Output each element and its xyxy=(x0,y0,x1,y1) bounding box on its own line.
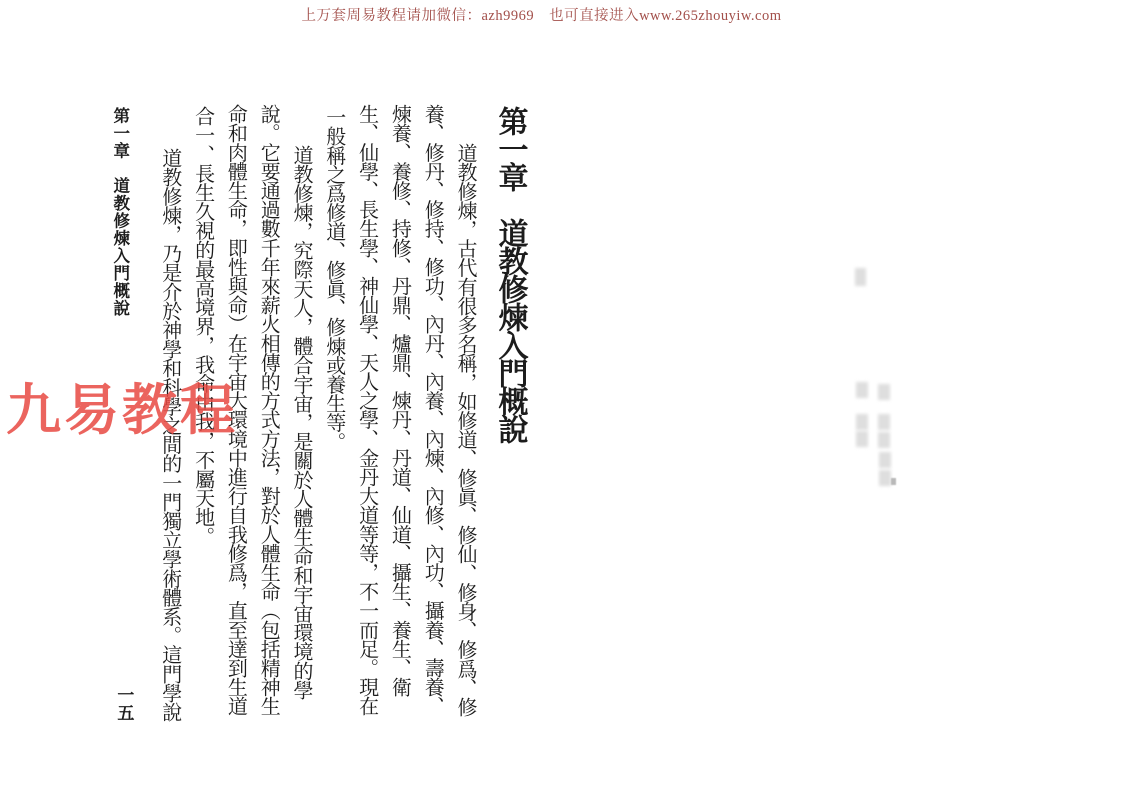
text-column-1: 道教修煉，古代有很多名稱，如修道、修眞、修仙、修身、修爲、修 xyxy=(452,143,477,716)
scanned-book-page: 上万套周易教程请加微信：azh9969 也可直接进入www.265zhouyiw… xyxy=(0,0,1123,792)
bleed-through-mark xyxy=(878,414,890,430)
bleed-through-mark xyxy=(879,470,891,486)
bleed-through-mark xyxy=(878,384,890,400)
bleed-through-mark xyxy=(856,414,868,430)
text-column-2: 養、修丹、修持、修功、內丹、內養、內煉、內修、內功、攝養、壽養、 xyxy=(419,104,444,715)
bleed-through-mark xyxy=(891,478,896,485)
bleed-through-mark xyxy=(856,431,868,447)
page-number: 一五 xyxy=(113,686,133,722)
text-column-6: 道教修煉，究際天人，體合宇宙，是關於人體生命和宇宙環境的學 xyxy=(288,145,313,699)
bleed-through-mark xyxy=(856,382,868,398)
bleed-through-mark xyxy=(878,432,890,448)
text-column-4: 生、仙學、長生學、神仙學、天人之學、金丹大道等等，不一而足。現在 xyxy=(354,104,379,715)
text-column-7: 說。它要通過數千年來薪火相傳的方式方法，對於人體生命（包括精神生 xyxy=(255,104,280,715)
text-column-9: 合一、長生久視的最高境界，我命由我，不屬天地。 xyxy=(190,106,215,545)
bleed-through-mark xyxy=(879,452,891,468)
bleed-through-mark xyxy=(855,268,866,286)
text-column-5: 一般稱之爲修道、修眞、修煉或養生等。 xyxy=(321,107,346,451)
watermark-text: 九易教程 xyxy=(6,366,238,445)
text-column-3: 煉養、養修、持修、丹鼎、爐鼎、煉丹、丹道、仙道、攝生、養生、衛 xyxy=(386,104,411,696)
chapter-title: 第一章 道教修煉入門概說 xyxy=(492,106,527,442)
margin-caption: 第一章 道教修煉入門概說 xyxy=(110,107,130,317)
promo-header-text: 上万套周易教程请加微信：azh9969 也可直接进入www.265zhouyiw… xyxy=(0,4,1083,25)
